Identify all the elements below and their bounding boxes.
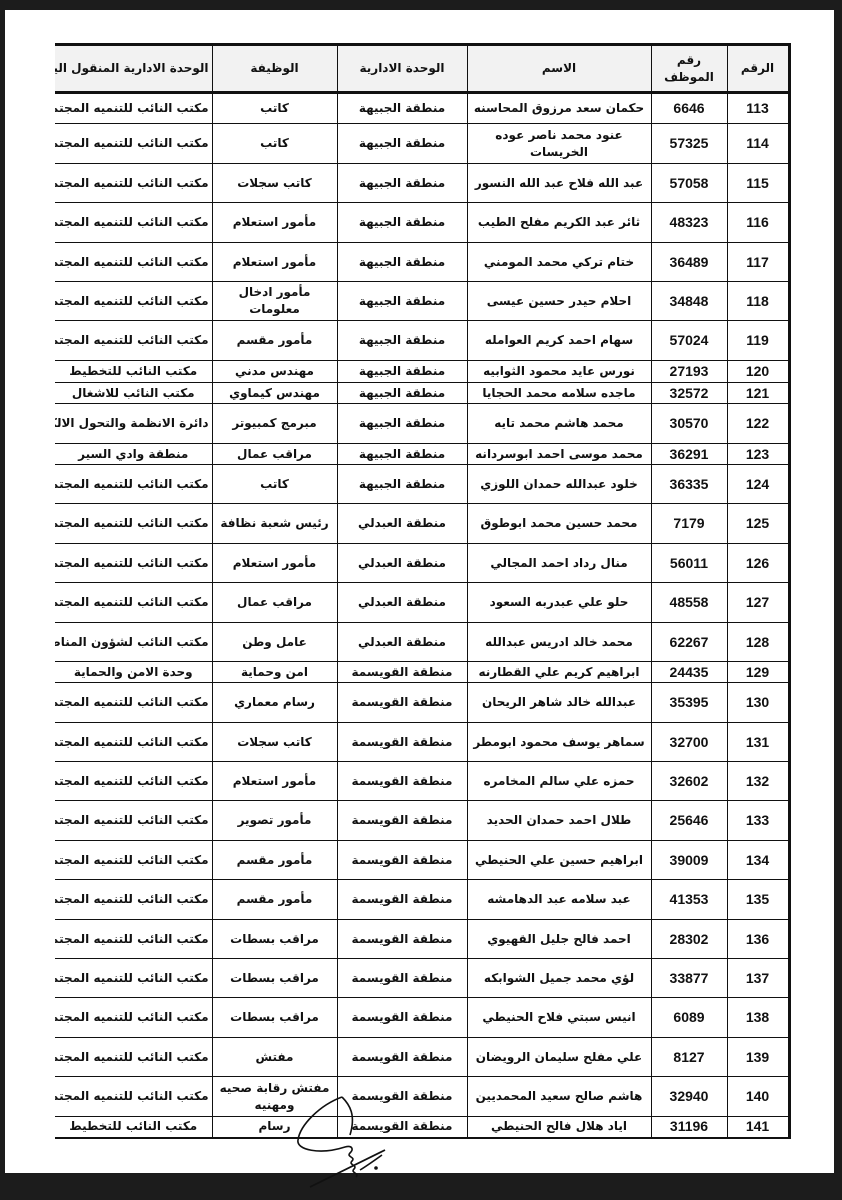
cell-job-title: كاتب <box>212 124 337 164</box>
cell-name: عبدالله خالد شاهر الريحان <box>467 683 651 723</box>
table-row: 11957024سهام احمد كريم العواملهمنطقة الج… <box>55 321 789 361</box>
cell-employee-number: 57058 <box>651 164 727 203</box>
table-row: 11648323ثائر عبد الكريم مفلح الطيبمنطقة … <box>55 203 789 243</box>
table-body: 1136646حكمان سعد مرزوق المحاسنهمنطقة الج… <box>55 93 789 1138</box>
cell-name: عبد الله فلاح عبد الله النسور <box>467 164 651 203</box>
cell-job-title: مأمور تصوير <box>212 801 337 841</box>
cell-target-unit: وحدة الامن والحماية <box>55 662 212 683</box>
cell-admin-unit: منطقة القويسمة <box>337 723 467 762</box>
cell-name: انيس سبتي فلاح الحنيطي <box>467 998 651 1038</box>
table-header-row: الرقم رقم الموظف الاسم الوحدة الادارية ا… <box>55 45 789 93</box>
cell-target-unit: مكتب النائب للتنميه المجتمعية <box>55 959 212 998</box>
cell-employee-number: 35395 <box>651 683 727 723</box>
cell-seq: 140 <box>727 1077 789 1117</box>
cell-name: خلود عبدالله حمدان اللوزي <box>467 465 651 504</box>
table-row: 13439009ابراهيم حسين علي الحنيطيمنطقة ال… <box>55 841 789 880</box>
cell-admin-unit: منطقة الجبيهة <box>337 361 467 383</box>
cell-admin-unit: منطقة القويسمة <box>337 762 467 801</box>
cell-employee-number: 36335 <box>651 465 727 504</box>
table-row: 12230570محمد هاشم محمد تايهمنطقة الجبيهة… <box>55 404 789 444</box>
cell-target-unit: دائرة الانظمة والتحول الالكتروني <box>55 404 212 444</box>
cell-seq: 125 <box>727 504 789 544</box>
cell-seq: 114 <box>727 124 789 164</box>
cell-admin-unit: منطقة القويسمة <box>337 662 467 683</box>
cell-job-title: مفتش <box>212 1038 337 1077</box>
cell-name: عنود محمد ناصر عوده الخريسات <box>467 124 651 164</box>
cell-target-unit: مكتب النائب للتنميه المجتمعية <box>55 282 212 321</box>
cell-job-title: مهندس مدني <box>212 361 337 383</box>
cell-admin-unit: منطقة القويسمة <box>337 1038 467 1077</box>
cell-target-unit: مكتب النائب للتنميه المجتمعية <box>55 920 212 959</box>
table-row: 13132700سماهر يوسف محمود ابومطرمنطقة الق… <box>55 723 789 762</box>
cell-seq: 129 <box>727 662 789 683</box>
cell-employee-number: 36489 <box>651 243 727 282</box>
cell-seq: 138 <box>727 998 789 1038</box>
cell-admin-unit: منطقة الجبيهة <box>337 383 467 404</box>
table-row: 1257179محمد حسين محمد ابوطوقمنطقة العبدل… <box>55 504 789 544</box>
table-row: 13733877لؤي محمد جميل الشوابكهمنطقة القو… <box>55 959 789 998</box>
cell-admin-unit: منطقة القويسمة <box>337 920 467 959</box>
cell-admin-unit: منطقة الجبيهة <box>337 243 467 282</box>
cell-name: نورس عايد محمود الثوابيه <box>467 361 651 383</box>
cell-seq: 124 <box>727 465 789 504</box>
cell-seq: 113 <box>727 93 789 124</box>
cell-seq: 120 <box>727 361 789 383</box>
cell-employee-number: 31196 <box>651 1117 727 1138</box>
table-row: 12862267محمد خالد ادريس عبداللهمنطقة الع… <box>55 623 789 662</box>
cell-target-unit: مكتب النائب للتنميه المجتمعية <box>55 841 212 880</box>
cell-job-title: مأمور مقسم <box>212 841 337 880</box>
table-row: 11557058عبد الله فلاح عبد الله النسورمنط… <box>55 164 789 203</box>
cell-admin-unit: منطقة الجبيهة <box>337 93 467 124</box>
cell-employee-number: 7179 <box>651 504 727 544</box>
cell-admin-unit: منطقة القويسمة <box>337 880 467 920</box>
cell-name: ختام تركي محمد المومني <box>467 243 651 282</box>
header-target-unit: الوحدة الادارية المنقول اليها <box>55 45 212 93</box>
cell-employee-number: 57325 <box>651 124 727 164</box>
cell-target-unit: مكتب النائب لشؤون المناطق والبيئة <box>55 623 212 662</box>
cell-seq: 117 <box>727 243 789 282</box>
cell-job-title: مراقب بسطات <box>212 998 337 1038</box>
cell-target-unit: منطقة وادي السير <box>55 444 212 465</box>
cell-seq: 130 <box>727 683 789 723</box>
cell-seq: 127 <box>727 583 789 623</box>
cell-admin-unit: منطقة الجبيهة <box>337 444 467 465</box>
cell-admin-unit: منطقة القويسمة <box>337 959 467 998</box>
header-name: الاسم <box>467 45 651 93</box>
cell-job-title: رسام معماري <box>212 683 337 723</box>
cell-seq: 133 <box>727 801 789 841</box>
cell-name: منال رداد احمد المجالي <box>467 544 651 583</box>
cell-employee-number: 30570 <box>651 404 727 444</box>
cell-employee-number: 34848 <box>651 282 727 321</box>
cell-name: محمد حسين محمد ابوطوق <box>467 504 651 544</box>
cell-job-title: رئيس شعبة نظافة <box>212 504 337 544</box>
cell-job-title: كاتب سجلات <box>212 723 337 762</box>
header-employee-number: رقم الموظف <box>651 45 727 93</box>
table-row: 12336291محمد موسى احمد ابوسردانهمنطقة ال… <box>55 444 789 465</box>
cell-admin-unit: منطقة الجبيهة <box>337 321 467 361</box>
cell-name: حمزه علي سالم المخامره <box>467 762 651 801</box>
cell-employee-number: 27193 <box>651 361 727 383</box>
cell-seq: 139 <box>727 1038 789 1077</box>
cell-seq: 122 <box>727 404 789 444</box>
cell-employee-number: 32602 <box>651 762 727 801</box>
table-row: 1136646حكمان سعد مرزوق المحاسنهمنطقة الج… <box>55 93 789 124</box>
cell-name: حكمان سعد مرزوق المحاسنه <box>467 93 651 124</box>
cell-name: طلال احمد حمدان الحديد <box>467 801 651 841</box>
cell-seq: 123 <box>727 444 789 465</box>
cell-name: ماجده سلامه محمد الحجايا <box>467 383 651 404</box>
cell-seq: 131 <box>727 723 789 762</box>
cell-job-title: مأمور استعلام <box>212 762 337 801</box>
cell-job-title: مأمور مقسم <box>212 321 337 361</box>
cell-admin-unit: منطقة الجبيهة <box>337 203 467 243</box>
cell-target-unit: مكتب النائب للتنميه المجتمعية <box>55 203 212 243</box>
cell-employee-number: 33877 <box>651 959 727 998</box>
cell-job-title: مراقب بسطات <box>212 920 337 959</box>
cell-target-unit: مكتب النائب للتنميه المجتمعية <box>55 243 212 282</box>
cell-job-title: مأمور استعلام <box>212 243 337 282</box>
cell-name: ابراهيم كريم علي القطارنه <box>467 662 651 683</box>
table-row: 11736489ختام تركي محمد المومنيمنطقة الجب… <box>55 243 789 282</box>
cell-target-unit: مكتب النائب للتنميه المجتمعية <box>55 683 212 723</box>
cell-seq: 135 <box>727 880 789 920</box>
cell-seq: 115 <box>727 164 789 203</box>
cell-target-unit: مكتب النائب للتنميه المجتمعية <box>55 723 212 762</box>
table-row: 12748558حلو علي عبدربه السعودمنطقة العبد… <box>55 583 789 623</box>
cell-job-title: مبرمج كمبيوتر <box>212 404 337 444</box>
cell-target-unit: مكتب النائب للتنميه المجتمعية <box>55 1077 212 1117</box>
table-row: 13541353عبد سلامه عبد الدهامشهمنطقة القو… <box>55 880 789 920</box>
cell-target-unit: مكتب النائب للتخطيط <box>55 361 212 383</box>
cell-target-unit: مكتب النائب للتنميه المجتمعية <box>55 124 212 164</box>
header-seq: الرقم <box>727 45 789 93</box>
table-row: 11457325عنود محمد ناصر عوده الخريساتمنطق… <box>55 124 789 164</box>
cell-seq: 121 <box>727 383 789 404</box>
cell-employee-number: 25646 <box>651 801 727 841</box>
cell-admin-unit: منطقة القويسمة <box>337 801 467 841</box>
cell-target-unit: مكتب النائب للتخطيط <box>55 1117 212 1138</box>
cell-employee-number: 36291 <box>651 444 727 465</box>
cell-seq: 134 <box>727 841 789 880</box>
cell-name: حلو علي عبدربه السعود <box>467 583 651 623</box>
cell-job-title: امن وحماية <box>212 662 337 683</box>
cell-job-title: مهندس كيماوي <box>212 383 337 404</box>
cell-target-unit: مكتب النائب للتنميه المجتمعية <box>55 164 212 203</box>
cell-target-unit: مكتب النائب للتنميه المجتمعية <box>55 880 212 920</box>
cell-admin-unit: منطقة القويسمة <box>337 998 467 1038</box>
cell-admin-unit: منطقة الجبيهة <box>337 282 467 321</box>
cell-target-unit: مكتب النائب للتنميه المجتمعية <box>55 504 212 544</box>
cell-employee-number: 62267 <box>651 623 727 662</box>
cell-job-title: كاتب <box>212 93 337 124</box>
cell-target-unit: مكتب النائب للتنميه المجتمعية <box>55 321 212 361</box>
cell-name: لؤي محمد جميل الشوابكه <box>467 959 651 998</box>
cell-job-title: مأمور مقسم <box>212 880 337 920</box>
cell-seq: 141 <box>727 1117 789 1138</box>
cell-target-unit: مكتب النائب للتنميه المجتمعية <box>55 583 212 623</box>
cell-admin-unit: منطقة الجبيهة <box>337 124 467 164</box>
cell-seq: 136 <box>727 920 789 959</box>
cell-name: ابراهيم حسين علي الحنيطي <box>467 841 651 880</box>
cell-employee-number: 39009 <box>651 841 727 880</box>
cell-job-title: مراقب بسطات <box>212 959 337 998</box>
cell-employee-number: 56011 <box>651 544 727 583</box>
cell-name: عبد سلامه عبد الدهامشه <box>467 880 651 920</box>
cell-target-unit: مكتب النائب للتنميه المجتمعية <box>55 465 212 504</box>
cell-employee-number: 32940 <box>651 1077 727 1117</box>
cell-employee-number: 48558 <box>651 583 727 623</box>
cell-admin-unit: منطقة الجبيهة <box>337 404 467 444</box>
table-row: 11834848احلام حيدر حسين عيسىمنطقة الجبيه… <box>55 282 789 321</box>
cell-job-title: مراقب عمال <box>212 444 337 465</box>
table-row: 13628302احمد فالح جليل القهيويمنطقة القو… <box>55 920 789 959</box>
table-row: 12436335خلود عبدالله حمدان اللوزيمنطقة ا… <box>55 465 789 504</box>
cell-employee-number: 24435 <box>651 662 727 683</box>
cell-admin-unit: منطقة العبدلي <box>337 504 467 544</box>
cell-seq: 132 <box>727 762 789 801</box>
cell-name: احمد فالح جليل القهيوي <box>467 920 651 959</box>
cell-name: سماهر يوسف محمود ابومطر <box>467 723 651 762</box>
cell-employee-number: 57024 <box>651 321 727 361</box>
cell-employee-number: 6646 <box>651 93 727 124</box>
cell-target-unit: مكتب النائب للتنميه المجتمعية <box>55 998 212 1038</box>
cell-name: محمد خالد ادريس عبدالله <box>467 623 651 662</box>
table-row: 13035395عبدالله خالد شاهر الريحانمنطقة ا… <box>55 683 789 723</box>
cell-name: محمد موسى احمد ابوسردانه <box>467 444 651 465</box>
cell-name: احلام حيدر حسين عيسى <box>467 282 651 321</box>
table-row: 13325646طلال احمد حمدان الحديدمنطقة القو… <box>55 801 789 841</box>
cell-target-unit: مكتب النائب للاشغال <box>55 383 212 404</box>
document-page: الرقم رقم الموظف الاسم الوحدة الادارية ا… <box>5 10 834 1173</box>
cell-name: سهام احمد كريم العوامله <box>467 321 651 361</box>
cell-employee-number: 32700 <box>651 723 727 762</box>
cell-admin-unit: منطقة القويسمة <box>337 683 467 723</box>
cell-admin-unit: منطقة العبدلي <box>337 544 467 583</box>
cell-employee-number: 41353 <box>651 880 727 920</box>
table-row: 13232602حمزه علي سالم المخامرهمنطقة القو… <box>55 762 789 801</box>
cell-admin-unit: منطقة العبدلي <box>337 583 467 623</box>
cell-name: هاشم صالح سعيد المحمديين <box>467 1077 651 1117</box>
cell-job-title: مأمور استعلام <box>212 544 337 583</box>
cell-target-unit: مكتب النائب للتنميه المجتمعية <box>55 93 212 124</box>
signature-icon <box>290 1095 430 1190</box>
table-row: 12027193نورس عايد محمود الثوابيهمنطقة ال… <box>55 361 789 383</box>
cell-job-title: كاتب <box>212 465 337 504</box>
cell-target-unit: مكتب النائب للتنميه المجتمعية <box>55 544 212 583</box>
cell-employee-number: 32572 <box>651 383 727 404</box>
cell-seq: 116 <box>727 203 789 243</box>
cell-admin-unit: منطقة الجبيهة <box>337 164 467 203</box>
cell-job-title: مأمور استعلام <box>212 203 337 243</box>
cell-name: محمد هاشم محمد تايه <box>467 404 651 444</box>
cell-name: اياد هلال فالح الحنيطي <box>467 1117 651 1138</box>
table-row: 12132572ماجده سلامه محمد الحجايامنطقة ال… <box>55 383 789 404</box>
cell-employee-number: 48323 <box>651 203 727 243</box>
cell-job-title: كاتب سجلات <box>212 164 337 203</box>
cell-admin-unit: منطقة العبدلي <box>337 623 467 662</box>
cell-name: علي مفلح سليمان الرويضان <box>467 1038 651 1077</box>
cell-job-title: مأمور ادخال معلومات <box>212 282 337 321</box>
table-row: 1386089انيس سبتي فلاح الحنيطيمنطقة القوي… <box>55 998 789 1038</box>
header-job-title: الوظيفة <box>212 45 337 93</box>
cell-seq: 137 <box>727 959 789 998</box>
cell-target-unit: مكتب النائب للتنميه المجتمعية <box>55 1038 212 1077</box>
cell-job-title: عامل وطن <box>212 623 337 662</box>
cell-seq: 126 <box>727 544 789 583</box>
cell-name: ثائر عبد الكريم مفلح الطيب <box>467 203 651 243</box>
cell-employee-number: 8127 <box>651 1038 727 1077</box>
table-row: 12924435ابراهيم كريم علي القطارنهمنطقة ا… <box>55 662 789 683</box>
cell-seq: 118 <box>727 282 789 321</box>
cell-target-unit: مكتب النائب للتنميه المجتمعية <box>55 762 212 801</box>
cell-employee-number: 6089 <box>651 998 727 1038</box>
cell-target-unit: مكتب النائب للتنميه المجتمعية <box>55 801 212 841</box>
cell-seq: 128 <box>727 623 789 662</box>
cell-admin-unit: منطقة الجبيهة <box>337 465 467 504</box>
cell-employee-number: 28302 <box>651 920 727 959</box>
table-row: 1398127علي مفلح سليمان الرويضانمنطقة الق… <box>55 1038 789 1077</box>
transfer-roster-table: الرقم رقم الموظف الاسم الوحدة الادارية ا… <box>55 43 791 1139</box>
cell-seq: 119 <box>727 321 789 361</box>
cell-admin-unit: منطقة القويسمة <box>337 841 467 880</box>
header-admin-unit: الوحدة الادارية <box>337 45 467 93</box>
table-row: 12656011منال رداد احمد المجاليمنطقة العب… <box>55 544 789 583</box>
cell-job-title: مراقب عمال <box>212 583 337 623</box>
